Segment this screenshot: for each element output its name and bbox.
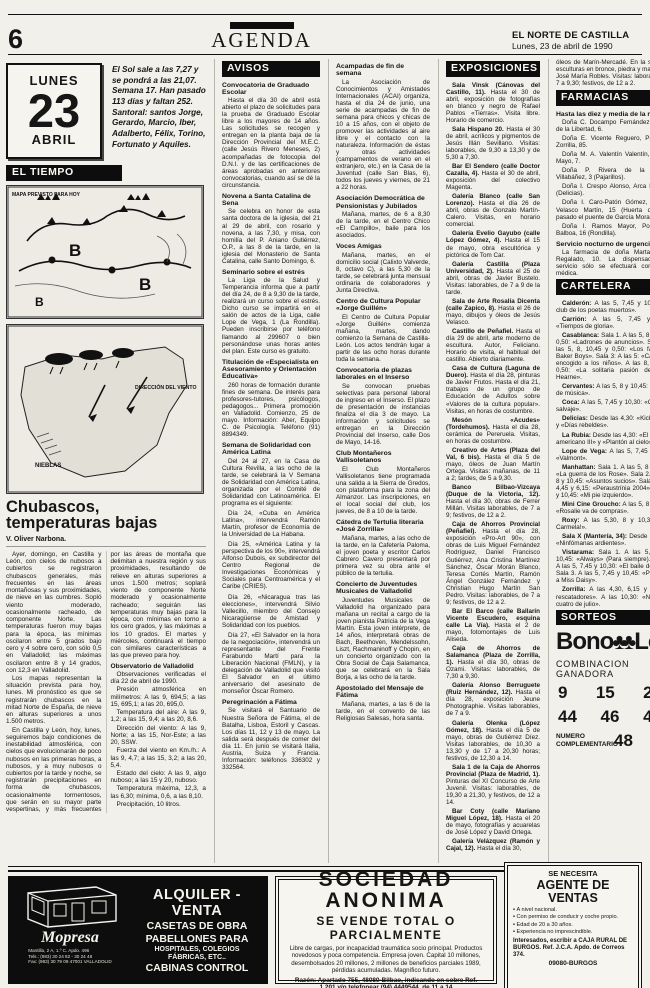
article-paragraph: Observatorio de Valladolid <box>111 663 207 670</box>
ad-body: Libre de cargas, por incapacidad traumát… <box>287 945 485 975</box>
notice-body: El Centro de Cultura Popular «Jorge Guil… <box>336 314 430 363</box>
article-paragraph: Los mapas representan la situación previ… <box>6 675 102 726</box>
notice-entry: Semana de Solidaridad con América Latina… <box>222 442 320 507</box>
notice-body: El Club Montañeros Vallisoletanos tiene … <box>336 466 430 515</box>
exhibition-entry: Galería Evelio Gayubo (calle López Gómez… <box>446 230 540 258</box>
pharmacy-entry: Doña I. Caro-Patón Gómez, Joaquín Velasc… <box>556 199 650 220</box>
notice-body: Se convocan pruebas selectivas para pers… <box>336 383 430 446</box>
ad-pretitle: SE NECESITA <box>513 869 633 878</box>
notice-entry: Día 24, «Cuba en América Latina», interv… <box>222 510 320 538</box>
site-cabin-illustration <box>18 881 122 929</box>
exhibition-details: Hasta el día 28, exposición «Pro-Art 90»… <box>446 528 540 605</box>
ad-bullet: Con permiso de conducir y coche propio. <box>513 914 633 920</box>
paper-credit: EL NORTE DE CASTILLA Lunes, 23 de abril … <box>512 30 642 51</box>
svg-text:DIRECCIÓN DEL VIENTO: DIRECCIÓN DEL VIENTO <box>135 383 197 391</box>
notice-heading: Concierto de Juventudes Musicales de Val… <box>336 581 430 596</box>
article-paragraph: Fuerza del viento en Km./h.: A las 9, 4,… <box>111 747 207 769</box>
notice-entry: Seminario sobre el estrés La Liga de la … <box>222 269 320 355</box>
cinema-listing: Mini Cine Groucho: A las 5, 8 y 10,45: «… <box>556 501 650 515</box>
bonoloto-logo: Bono♣♣Loto <box>556 630 650 654</box>
notice-heading: Cátedra de Tertulia literaria «José Zorr… <box>336 519 430 534</box>
notice-body: Se visitará el Santuario de Nuestra Seño… <box>222 707 320 770</box>
notice-entry: Asociación Democrática de Pensionistas y… <box>336 195 430 239</box>
complementary-number: NUMERO COMPLEMENTARIO 48 <box>556 731 650 750</box>
notice-body: Se celebra en honor de esta santa doctor… <box>222 208 320 264</box>
exhibition-entry: Sala de Arte Rosalía Dicenta (calle Zapi… <box>446 298 540 326</box>
ad-subtitle: SE VENDE TOTAL O PARCIALMENTE <box>287 914 485 942</box>
cinema-name: Roxy: <box>562 517 580 524</box>
notice-entry: Día 27, «El Salvador en la hora de la ne… <box>222 632 320 695</box>
notice-body: Del 24 al 27, en la Casa de Cultura Revi… <box>222 458 320 507</box>
ad-title: SOCIEDAD ANONIMA <box>287 869 485 911</box>
page-header: 6 AGENDA EL NORTE DE CASTILLA Lunes, 23 … <box>0 0 650 55</box>
lottery-number: 44 <box>558 707 577 726</box>
sociedad-anonima-ad: SOCIEDAD ANONIMA SE VENDE TOTAL O PARCIA… <box>275 876 497 984</box>
exhibition-entry: Galería Alonso Berruguete (Ruiz Hernánde… <box>446 682 540 717</box>
exposiciones-section-header: EXPOSICIONES <box>446 61 540 77</box>
avisos-column: AVISOS Convocatoria de Graduado Escolar … <box>214 59 320 863</box>
cinema-name: Delicias: <box>562 415 588 422</box>
cinema-name: Lope de Vega: <box>562 448 607 455</box>
lottery-number: 25 <box>643 683 650 702</box>
cinema-name: Carrión: <box>562 316 587 323</box>
newspaper-name: EL NORTE DE CASTILLA <box>512 30 642 41</box>
page-number: 6 <box>8 27 23 51</box>
notice-entry: Centro de Cultura Popular «Jorge Guillén… <box>336 298 430 363</box>
lottery-number: 47 <box>643 707 650 726</box>
notice-heading: Novena a Santa Catalina de Sena <box>222 193 320 208</box>
exposiciones-column: EXPOSICIONES Sala Vinsk (Cánovas del Cas… <box>438 59 540 863</box>
cartelera-section-header: CARTELERA <box>556 279 650 295</box>
notice-heading: Convocatoria de Graduado Escolar <box>222 82 320 97</box>
notice-entry: Novena a Santa Catalina de Sena Se celeb… <box>222 193 320 265</box>
winning-numbers-row-2: 44 46 47 <box>558 707 650 726</box>
farmacias-night-subhead: Servicio nocturno de urgencia <box>556 241 650 248</box>
article-paragraph: Presión atmosférica en milímetros: A las… <box>111 686 207 708</box>
article-paragraph: Temperatura del aire: A las 9, 1,2; a la… <box>111 709 207 723</box>
ephemeris-text: El Sol sale a las 7,27 y se pondrá a las… <box>112 63 206 159</box>
classified-ads-row: Mopresa Mantilla, 2 A, 1.º C. Apdo. 496 … <box>8 876 642 984</box>
weather-byline: V. Oliver Narbona. <box>6 536 206 547</box>
notice-body: Día 26, «Nicaragua tras las elecciones»,… <box>222 594 320 629</box>
pharmacy-entry: Doña M. A. Valentín Valentín, Dos de May… <box>556 151 650 165</box>
cinema-name: La Rubia: <box>562 432 591 439</box>
svg-text:B: B <box>35 295 44 309</box>
exhibition-entry: Casa de Cultura (Laguna de Duero). Hasta… <box>446 365 540 414</box>
svg-text:B: B <box>69 241 81 260</box>
exhibition-continuation: óleos de Marín-Mercadé. En la sala dos, … <box>556 59 650 87</box>
notice-entry: Titulación de «Especialista en Asesorami… <box>222 359 320 438</box>
cinema-listing: Manhattan: Sala 1. A las 5, 8 y 10,45: «… <box>556 464 650 499</box>
exhibition-entry: Sala Hispano 20. Hasta el 30 de abril, a… <box>446 126 540 161</box>
section-masthead: AGENDA <box>211 22 312 51</box>
cinema-name: Cervantes: <box>562 383 595 390</box>
exhibition-entry: Creativo de Artes (Plaza del Val, 6 bis)… <box>446 447 540 482</box>
notice-body: Día 25, «América Latina y la perspectiva… <box>222 541 320 590</box>
cinema-listing: Calderón: A las 5, 7,45 y 10,30: «El clu… <box>556 300 650 314</box>
exhibition-entry: Bar El Barco (calle Ballarín Vicente Esc… <box>446 608 540 643</box>
cinema-listing: Cervantes: A las 5, 8 y 10,45: «La caja … <box>556 383 650 397</box>
notice-heading: Peregrinación a Fátima <box>222 699 320 706</box>
exhibition-venue: Castillo de Peñafiel. <box>452 328 513 335</box>
cinema-listing: Lope de Vega: A las 5, 7,45 y 10,30: «Va… <box>556 448 650 462</box>
exhibition-details: Pinturas del XI Concurso de Arte Juvenil… <box>446 778 540 806</box>
weather-map-forecast: MAPA PREVISTO PARA HOY B B B <box>6 185 204 319</box>
notice-body: Hasta el día 30 de abril está abierto el… <box>222 97 320 189</box>
weather-section-header: EL TIEMPO <box>6 165 122 181</box>
avisos-column-2: Acampadas de fin de semana La Asociación… <box>328 59 430 863</box>
lottery-number: 15 <box>596 683 615 702</box>
pharmacy-entry: Doña C. Docampo Fernández, Bajada de la … <box>556 119 650 133</box>
article-paragraph: Precipitación, 10 litros. <box>111 801 207 808</box>
cinema-name: Coca: <box>562 399 580 406</box>
exhibition-entry: Galería Castilla (Plaza Universidad, 2).… <box>446 261 540 296</box>
issue-date: Lunes, 23 de abril de 1990 <box>512 41 642 51</box>
notice-heading: Seminario sobre el estrés <box>222 269 320 276</box>
ad-contact: Razón: Apartado 755, 48080-Bilbao, indic… <box>287 977 485 988</box>
notice-entry: Acampadas de fin de semana La Asociación… <box>336 63 430 191</box>
cinema-name: Vistarama: <box>562 549 594 556</box>
exhibition-venue: Sala Hispano 20. <box>452 126 504 133</box>
article-paragraph: Temperatura máxima, 12,3, a las 6,30; mí… <box>111 785 207 799</box>
avisos-section-header: AVISOS <box>222 61 320 77</box>
lottery-number: 46 <box>601 707 620 726</box>
pharmacy-night-text: La farmacia de doña Marta López, Regalad… <box>556 249 650 277</box>
services-column: óleos de Marín-Mercadé. En la sala dos, … <box>548 59 650 863</box>
exhibition-entry: Bar Coty (calle Mariano Miguel López, 18… <box>446 808 540 836</box>
svg-text:NIEBLAS: NIEBLAS <box>35 463 61 469</box>
notice-entry: Voces Amigas Mañana, martes, en el domic… <box>336 243 430 294</box>
exhibition-entry: Sala Vinsk (Cánovas del Castillo, 11). H… <box>446 82 540 124</box>
exhibition-entry: Mesón «Acudes» (Tordehumos). Hasta el dí… <box>446 417 540 445</box>
farmacias-section-header: FARMACIAS <box>556 90 650 106</box>
top-rule <box>8 14 642 15</box>
ad-bullet: Experiencia no imprescindible. <box>513 929 633 935</box>
clover-icon: ♣♣ <box>612 629 631 654</box>
complementary-value: 48 <box>614 731 633 750</box>
exhibition-entry: Castillo de Peñafiel. Hasta el día 29 de… <box>446 328 540 363</box>
farmacias-subhead: Hasta las diez y media de la noche <box>556 111 650 118</box>
mopresa-offer-list: ALQUILER - VENTA CASETAS DE OBRA PABELLO… <box>132 881 262 979</box>
winning-combination-label: COMBINACION GANADORA <box>556 659 650 679</box>
weather-article: Ayer, domingo, en Castilla y León, con c… <box>6 551 206 813</box>
newspaper-page: 6 AGENDA EL NORTE DE CASTILLA Lunes, 23 … <box>0 0 650 988</box>
ad-contact: Interesados, escribir a CAJA RURAL DE BU… <box>513 938 633 960</box>
notice-entry: Día 25, «América Latina y la perspectiva… <box>222 541 320 590</box>
notice-entry: Apostolado del Mensaje de Fátima Mañana,… <box>336 685 430 722</box>
mopresa-logo: Mopresa <box>41 930 99 946</box>
agente-ventas-ad: SE NECESITA AGENTE DE VENTAS A nivel nac… <box>504 862 642 988</box>
date-calendar-box: LUNES 23 ABRIL <box>6 63 102 159</box>
cinema-listing: Casablanca: Sala 1. A las 5, 8, 10,45 y … <box>556 332 650 381</box>
exhibition-entry: Galería Velázquez (Ramón y Cajal, 12). H… <box>446 838 540 852</box>
pharmacy-entry: Doña P. Rivera de la Fuente, Villabáñez,… <box>556 167 650 181</box>
cinema-listing: La Rubia: Desde las 4,30: «El guerrero a… <box>556 432 650 446</box>
exhibition-details: Hasta el día 28, pinturas de Javier Frut… <box>446 372 540 414</box>
notice-body: 260 horas de formación durante fines de … <box>222 382 320 438</box>
notice-entry: Concierto de Juventudes Musicales de Val… <box>336 581 430 681</box>
complementary-label: NUMERO COMPLEMENTARIO <box>556 733 608 748</box>
cinema-listing: Roxy: A las 5,30, 8 y 10,30: «¡Ay, Carme… <box>556 517 650 531</box>
exhibition-entry: Sala 1 de la Caja de Ahorros Provincial … <box>446 764 540 806</box>
notice-entry: Cátedra de Tertulia literaria «José Zorr… <box>336 519 430 577</box>
cinema-listing: Zorrilla: A las 4,30, 6,15 y 8: «Los res… <box>556 586 650 607</box>
notice-body: Mañana, martes, a las ocho de la tarde, … <box>336 535 430 577</box>
notice-body: Día 27, «El Salvador en la hora de la ne… <box>222 632 320 695</box>
svg-text:MAPA PREVISTO PARA HOY: MAPA PREVISTO PARA HOY <box>12 192 81 198</box>
content-columns: LUNES 23 ABRIL El Sol sale a las 7,27 y … <box>0 55 650 863</box>
exhibition-entry: Caja de Ahorros de Salamanca (Plaza de Z… <box>446 645 540 680</box>
notice-heading: Semana de Solidaridad con América Latina <box>222 442 320 457</box>
notice-body: Mañana, martes, de 6 a 8,30 de la tarde,… <box>336 211 430 239</box>
notice-heading: Club Montañeros Vallisoletanos <box>336 450 430 465</box>
notice-body: Día 24, «Cuba en América Latina», interv… <box>222 510 320 538</box>
notice-heading: Apostolado del Mensaje de Fátima <box>336 685 430 700</box>
exhibition-entry: Galería Blanco (calle San Lorenzo). Hast… <box>446 193 540 228</box>
cinema-name: Zorrilla: <box>562 586 585 593</box>
pharmacy-entry: Doña I. Crespo Alonso, Arca Real, 63 (De… <box>556 183 650 197</box>
exhibition-details: Hasta el día 30, obras de Ozami. Visitas… <box>446 659 540 680</box>
exhibition-venue: Sala 1 de la Caja de Ahorros Provincial … <box>446 764 540 778</box>
article-paragraph: Estado del cielo: A las 9, algo nuboso; … <box>111 770 207 784</box>
cinema-listing: Coca: A las 5, 7,45 y 10,30: «Orquídea s… <box>556 399 650 413</box>
calendar-day-number: 23 <box>28 89 80 134</box>
cinema-showtimes: Sala 1. A las 5, 8, 10,45 y 0,50: «Ladro… <box>556 332 650 381</box>
notice-body: Mañana, martes, en el domicilio social (… <box>336 252 430 294</box>
ad-city: 09080-BURGOS <box>513 960 633 967</box>
article-paragraph: Dirección del viento: A las 9, Norte; a … <box>111 725 207 747</box>
cinema-listing: Vistarama: Sala 1. A las 5, 7,45 y 10,45… <box>556 549 650 584</box>
exhibition-entry: Banco Bilbao-Vizcaya (Duque de la Victor… <box>446 484 540 519</box>
cinema-listing: Sala X (Mantería, 34): Desde las 4,30: «… <box>556 533 650 547</box>
cinema-name: Calderón: <box>562 300 591 307</box>
lottery-number: 9 <box>558 683 567 702</box>
calendar-month: ABRIL <box>32 133 77 148</box>
exhibition-details: Hasta el día 30, obras de Ferrer Millán.… <box>446 498 540 519</box>
exhibition-entry: Caja de Ahorros Provincial (Peñafiel). H… <box>446 521 540 606</box>
notice-entry: Club Montañeros Vallisoletanos El Club M… <box>336 450 430 515</box>
notice-heading: Titulación de «Especialista en Asesorami… <box>222 359 320 381</box>
ad-bullet: Edad de 20 a 30 años. <box>513 922 633 928</box>
winning-numbers-row-1: 9 15 25 <box>558 683 650 702</box>
exhibition-venue: Banco Bilbao-Vizcaya (Duque de la Victor… <box>446 484 540 498</box>
notice-entry: Convocatoria de plazas laborales en el I… <box>336 367 430 446</box>
article-paragraph: Observaciones verificadas el día 22 de a… <box>111 671 207 685</box>
exhibition-entry: Galería Olenka (López Gómez, 18). Hasta … <box>446 720 540 762</box>
exhibition-entry: Bar El Sendero (calle Doctor Cazalla, 4)… <box>446 163 540 191</box>
notice-entry: Peregrinación a Fátima Se visitará el Sa… <box>222 699 320 771</box>
cinema-listing: Delicias: Desde las 4,30: «Kick Boxer» y… <box>556 415 650 429</box>
pharmacy-entry: Doña I. Ramos Mayor, Portillo de Balboa,… <box>556 223 650 237</box>
notice-entry: Convocatoria de Graduado Escolar Hasta e… <box>222 82 320 189</box>
cinema-name: Casablanca: <box>562 332 599 339</box>
notice-heading: Voces Amigas <box>336 243 430 250</box>
cinema-name: Sala X (Mantería, 34): <box>562 533 627 540</box>
weather-map-spain: DIRECCIÓN DEL VIENTO NIEBLAS <box>6 324 204 494</box>
notice-body: La Liga de la Salud y Temperancia inform… <box>222 277 320 355</box>
feature-column: LUNES 23 ABRIL El Sol sale a las 7,27 y … <box>6 59 206 863</box>
pharmacy-entry: Doña E. Vicente Reguero, Paseo de Zorril… <box>556 135 650 149</box>
notice-body: Juventudes Musicales de Valladolid ha or… <box>336 597 430 682</box>
mopresa-ad: Mopresa Mantilla, 2 A, 1.º C. Apdo. 496 … <box>8 876 268 984</box>
cinema-listing: Carrión: A las 5, 7,45 y 10,30: «Tiempos… <box>556 316 650 330</box>
section-title: AGENDA <box>211 30 312 51</box>
article-paragraph: Ayer, domingo, en Castilla y León, con c… <box>6 551 102 674</box>
notice-heading: Centro de Cultura Popular «Jorge Guillén… <box>336 298 430 313</box>
mopresa-address: Mantilla, 2 A, 1.º C. Apdo. 496 Tels.: (… <box>28 948 111 965</box>
notice-entry: Día 26, «Nicaragua tras las elecciones»,… <box>222 594 320 629</box>
notice-body: La Asociación de Conocimientos y Amistad… <box>336 79 430 192</box>
ad-title: AGENTE DE VENTAS <box>513 879 633 904</box>
weather-headline: Chubascos, temperaturas bajas <box>6 499 206 533</box>
svg-text:B: B <box>139 275 151 294</box>
sorteos-section-header: SORTEOS <box>556 610 650 626</box>
notice-body: Mañana, martes, a las 6 de la tarde, en … <box>336 701 430 722</box>
exhibition-details: Hasta el día 30, <box>477 845 521 852</box>
cinema-name: Manhattan: <box>562 464 596 471</box>
notice-heading: Acampadas de fin de semana <box>336 63 430 78</box>
ad-bullet: A nivel nacional. <box>513 907 633 913</box>
notice-heading: Convocatoria de plazas laborales en el I… <box>336 367 430 382</box>
notice-heading: Asociación Democrática de Pensionistas y… <box>336 195 430 210</box>
article-subhead: Observatorio de Valladolid <box>111 663 207 670</box>
cinema-name: Mini Cine Groucho: <box>562 501 621 508</box>
